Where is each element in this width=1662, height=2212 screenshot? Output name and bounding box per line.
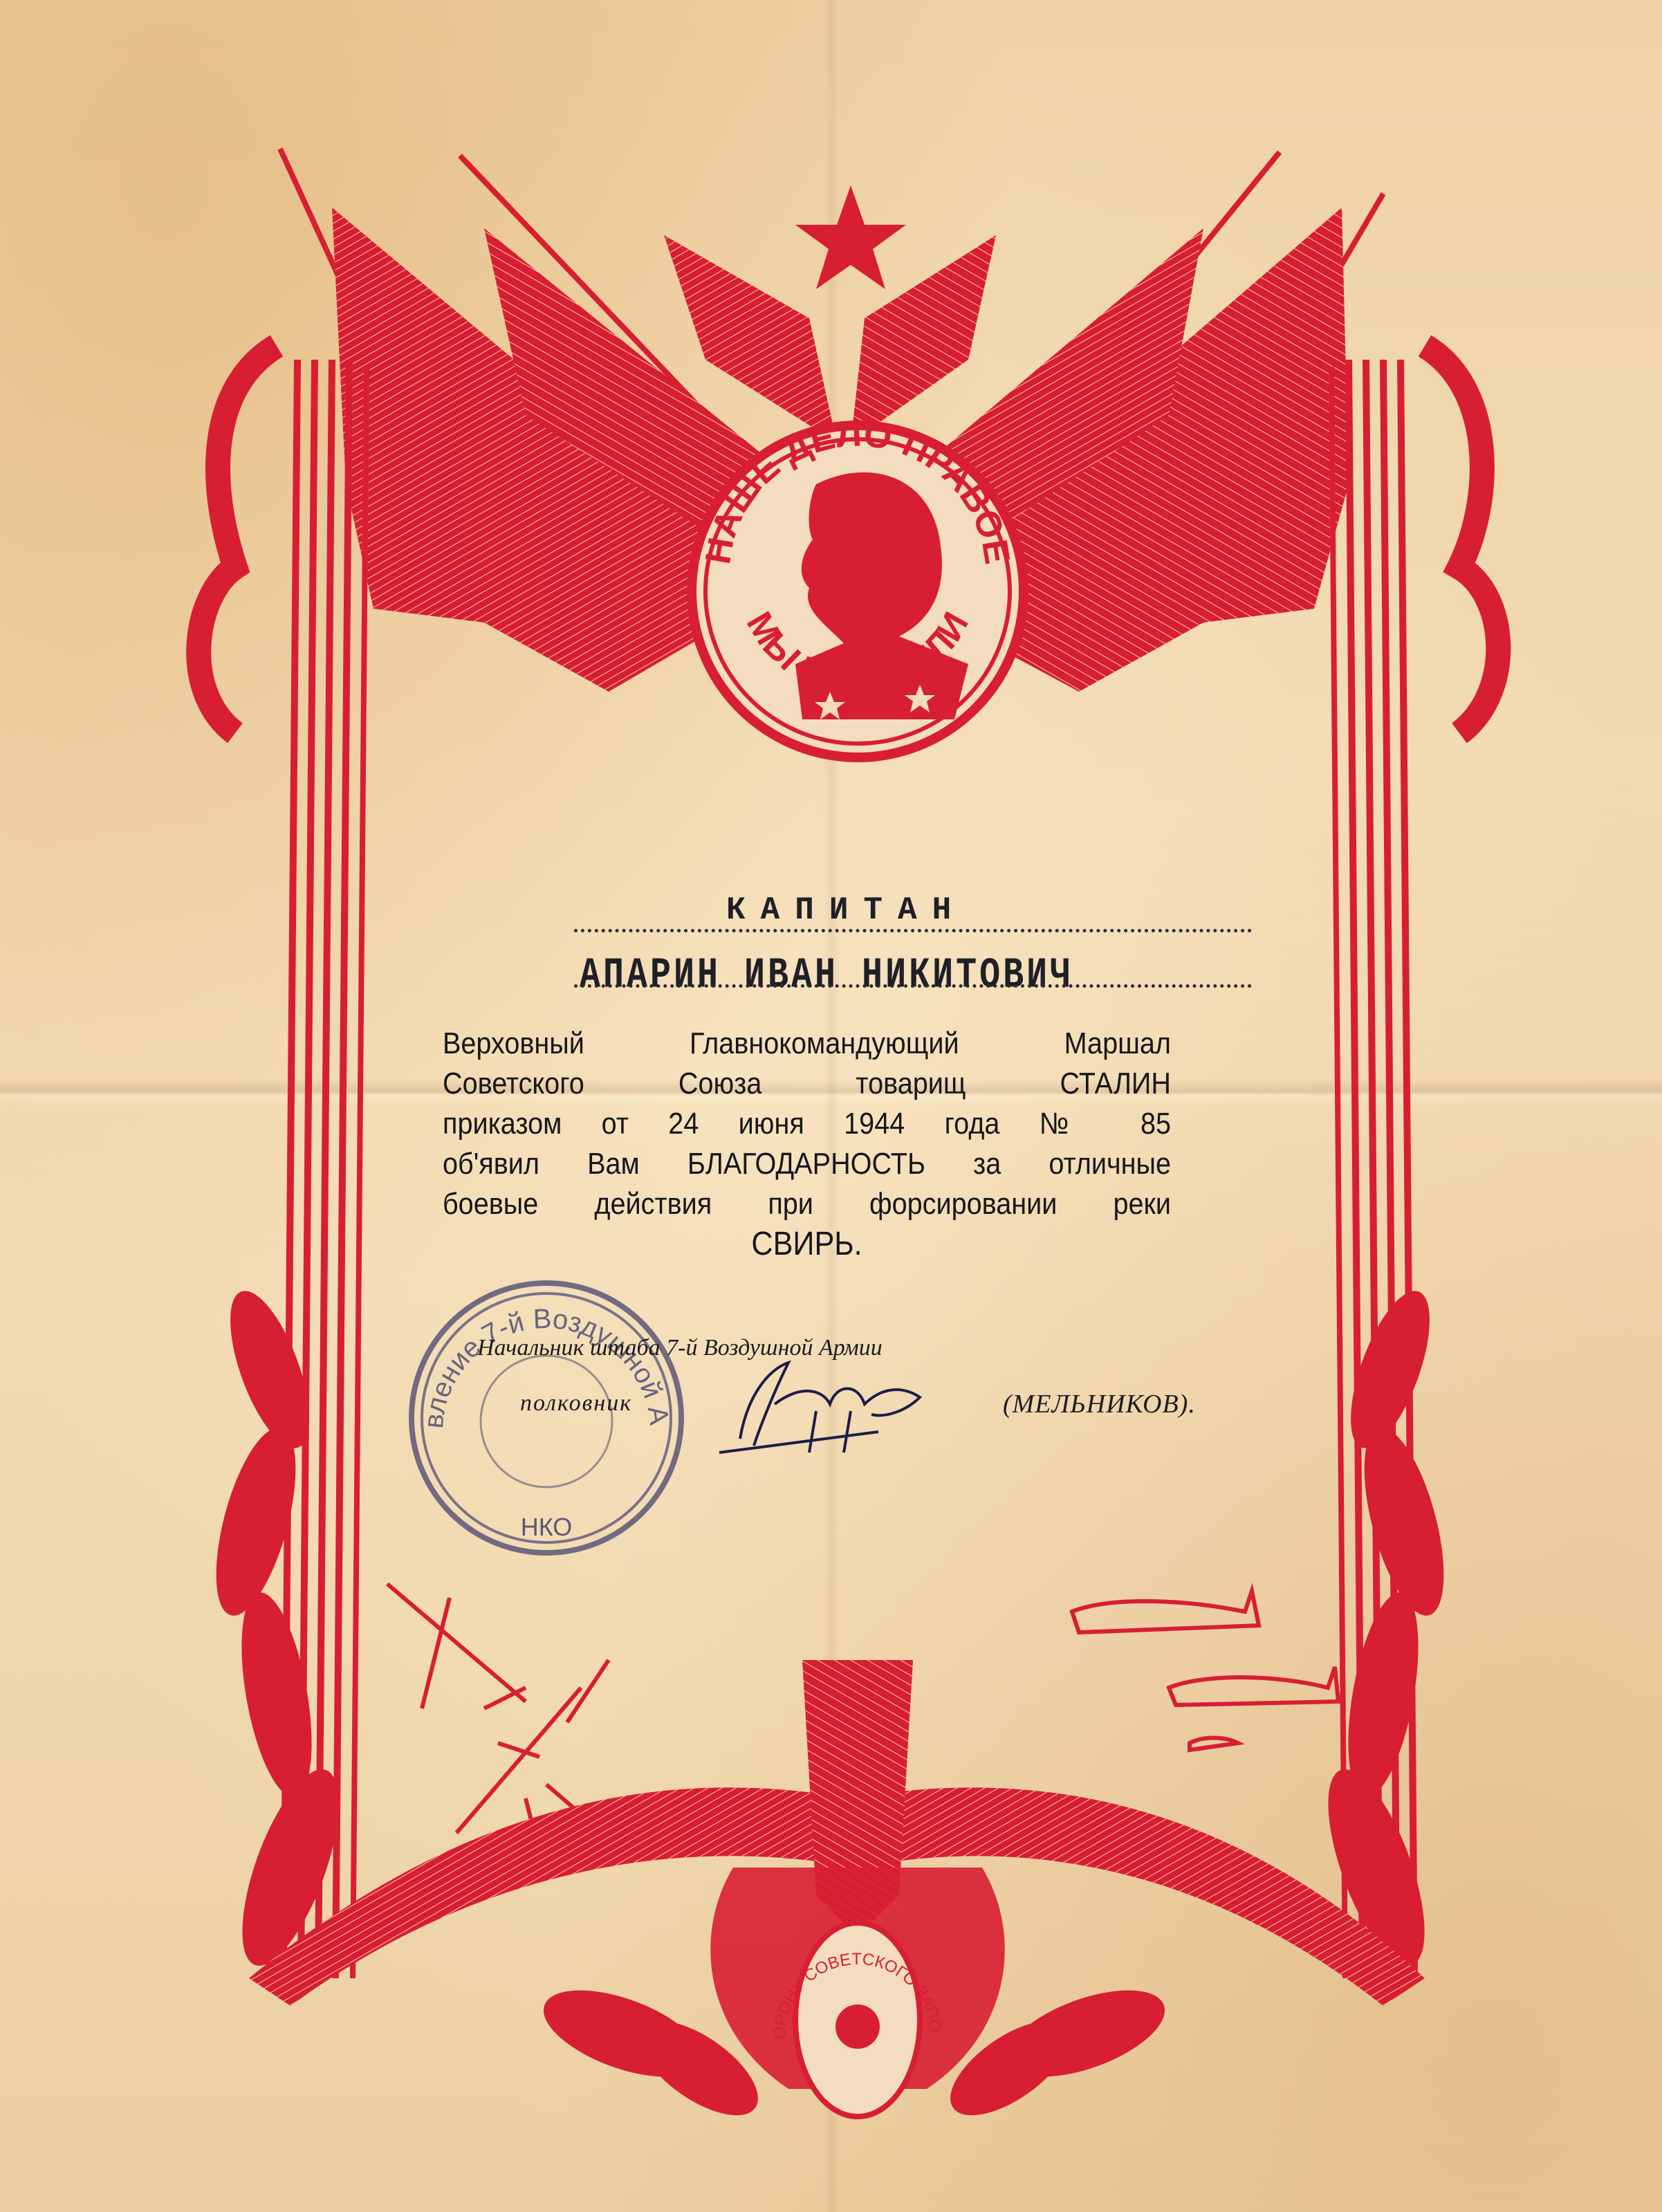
river-name: СВИРЬ. (443, 1224, 1171, 1264)
recipient-rank: КАПИТАН (726, 892, 966, 928)
recipient-name: АПАРИН ИВАН НИКИТОВИЧ (580, 951, 1073, 1000)
name-underline (574, 984, 1252, 988)
body-line: Верховный Главнокомандующий Маршал (443, 1024, 1171, 1064)
coat-of-arms-icon (481, 1356, 612, 1487)
body-line: Советского Союза товарищ СТАЛИН (443, 1064, 1171, 1104)
rank-underline (574, 929, 1252, 932)
body-line: приказом от 24 июня 1944 года № 85 (443, 1104, 1171, 1144)
body-line: об'явил Вам БЛАГОДАРНОСТЬ за отличные (443, 1144, 1171, 1184)
oak-leaves-right (1309, 1282, 1460, 1977)
commendation-body: Верховный Главнокомандующий Маршал Совет… (443, 1024, 1171, 1264)
svg-text:НКО: НКО (521, 1513, 573, 1541)
official-stamp: Управление 7-й Воздушной Армии НКО (401, 1273, 692, 1563)
red-star-icon (795, 185, 906, 289)
body-line: боевые действия при форсировании реки (443, 1184, 1171, 1224)
svg-text:ЗА ОБОРОНУ СОВЕТСКОГО ЗАПОЛЯРЬ: ЗА ОБОРОНУ СОВЕТСКОГО ЗАПОЛЯРЬЯ (0, 0, 945, 2040)
signatory-rank: полковник (520, 1390, 632, 1417)
handwritten-signature (712, 1356, 961, 1459)
signatory-name: (МЕЛЬНИКОВ). (1003, 1389, 1196, 1419)
